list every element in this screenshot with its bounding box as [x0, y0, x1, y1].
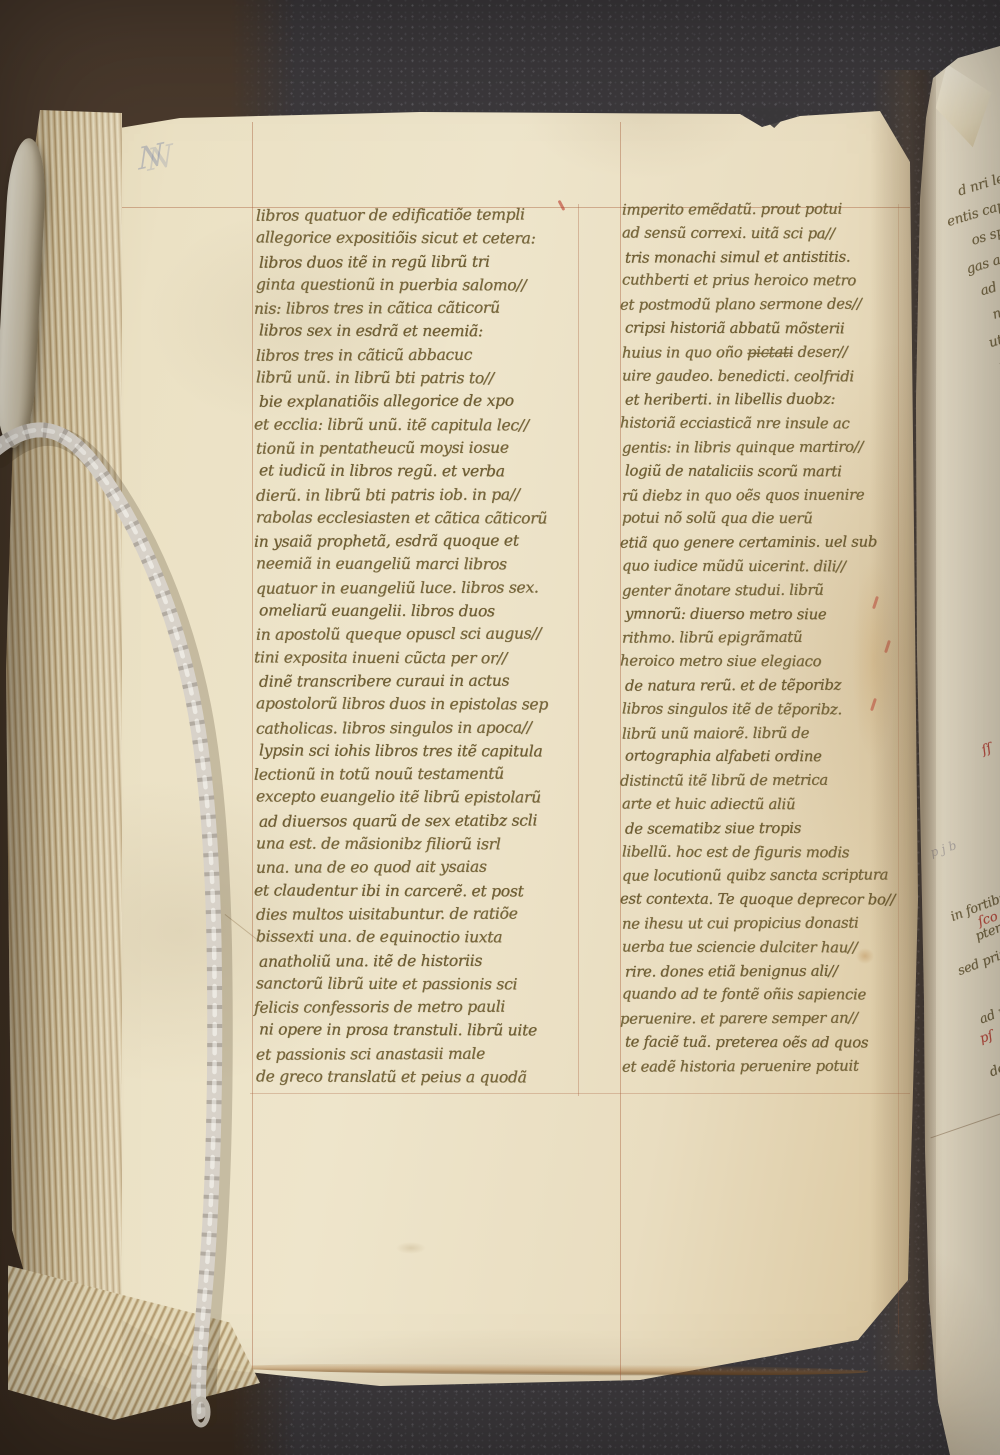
- manuscript-line: cripsi historiã abbatũ mõsterii: [625, 316, 904, 341]
- manuscript-line: gentis: in libris quinque martiro//: [622, 435, 904, 460]
- manuscript-line: libros quatuor de edificatiõe templi: [256, 203, 582, 228]
- manuscript-line: ad diuersos quarũ de sex etatibz scli: [259, 809, 582, 834]
- manuscript-line: in ysaiã prophetã, esdrã quoque et: [254, 529, 582, 554]
- manuscript-line: sanctorũ librũ uite et passionis sci: [256, 972, 582, 996]
- manuscript-line: genter ãnotare studui. librũ: [622, 578, 904, 603]
- manuscript-line: ne ihesu ut cui propicius donasti: [622, 911, 904, 936]
- red-ink-mark: ſſ: [980, 741, 994, 758]
- manuscript-line: excepto euangelio itẽ librũ epistolarũ: [256, 786, 582, 810]
- manuscript-line: in apostolũ queque opuscl sci augus//: [256, 623, 582, 648]
- manuscript-line: allegorice expositiõis sicut et cetera:: [256, 227, 582, 251]
- manuscript-line: est contexta. Te quoque deprecor bo//: [620, 888, 904, 913]
- manuscript-line: tionũ in pentatheucũ moysi iosue: [256, 436, 582, 461]
- manuscript-line: uerba tue sciencie dulciter hau//: [622, 935, 904, 960]
- manuscript-line: lypsin sci iohis libros tres itẽ capitul…: [259, 739, 582, 763]
- manuscript-line: bie explanatiõis allegorice de xpo: [259, 390, 582, 415]
- manuscript-line: rithmo. librũ epigrãmatũ: [622, 626, 904, 651]
- manuscript-line: dies multos uisitabuntur. de ratiõe: [256, 902, 582, 927]
- manuscript-line: logiũ de nataliciis scorũ marti: [625, 459, 904, 484]
- manuscript-line: peruenire. et parere semper an//: [620, 1006, 904, 1031]
- manuscript-line: et heriberti. in libellis duobz:: [625, 388, 904, 413]
- ruling-line-bottom: [250, 1093, 910, 1094]
- manuscript-line: libellũ. hoc est de figuris modis: [622, 840, 904, 865]
- manuscript-line: neemiã in euangeliũ marci libros: [256, 553, 582, 577]
- manuscript-line: una est. de mãsionibz filiorũ isrl: [256, 832, 582, 856]
- manuscript-line: arte et huic adiectũ aliũ: [622, 792, 904, 817]
- manuscript-line: libros singulos itẽ de tẽporibz.: [622, 697, 904, 722]
- manuscript-line: felicis confessoris de metro pauli: [254, 995, 582, 1020]
- manuscript-line: imperito emẽdatũ. prout potui: [622, 197, 904, 222]
- manuscript-line: ortographia alfabeti ordine: [625, 745, 904, 770]
- torn-corner-flap: [932, 63, 994, 148]
- manuscript-line: quo iudice mũdũ uicerint. dili//: [622, 554, 904, 579]
- manuscript-line: uire gaudeo. benedicti. ceolfridi: [622, 364, 904, 389]
- manuscript-line: dinẽ transcribere curaui in actus: [259, 669, 582, 694]
- manuscript-line: quando ad te fontẽ oñis sapiencie: [622, 983, 904, 1008]
- facing-page-ruling-line: [930, 1107, 1000, 1139]
- manuscript-line: catholicas. libros singulos in apoca//: [256, 716, 582, 741]
- manuscript-line: tini exposita inueni cũcta per or//: [254, 646, 582, 670]
- manuscript-line: de natura rerũ. et de tẽporibz: [625, 673, 904, 698]
- manuscript-line: et ecclia: librũ unũ. itẽ capitula lec//: [254, 413, 582, 437]
- manuscript-line: libros duos itẽ in regũ librũ tri: [259, 250, 582, 275]
- manuscript-line: omeliarũ euangelii. libros duos: [259, 599, 582, 623]
- manuscript-line: nis: libros tres in cãtica cãticorũ: [254, 296, 582, 321]
- manuscript-line: te faciẽ tuã. preterea oẽs ad quos: [625, 1030, 904, 1055]
- manuscript-line: cuthberti et prius heroico metro: [622, 269, 904, 294]
- manuscript-line: de scematibz siue tropis: [625, 816, 904, 841]
- manuscript-line: una. una de eo quod ait ysaias: [256, 856, 582, 881]
- pencil-inscription: N: [138, 137, 163, 178]
- manuscript-line: de greco translatũ et peius a quodã: [256, 1065, 582, 1089]
- manuscript-line: huius in quo oño p̶i̶c̶t̶a̶t̶i̶ deser//: [622, 340, 904, 365]
- manuscript-photo: d nri legentes oentis capituli pstmos sp…: [0, 0, 1000, 1455]
- manuscript-line: anatholiũ una. itẽ de historiis: [259, 949, 582, 974]
- manuscript-line: ginta questionũ in puerbia salomo//: [256, 273, 582, 297]
- manuscript-line: libros tres in cãticũ abbacuc: [256, 343, 582, 368]
- gutter-shadow: [870, 70, 936, 1370]
- manuscript-line: rabolas ecclesiasten et cãtica cãticorũ: [256, 506, 582, 530]
- manuscript-line: heroico metro siue elegiaco: [620, 650, 904, 675]
- parchment-stain: [396, 1242, 426, 1254]
- manuscript-line: librũ unũ. in librũ bti patris to//: [256, 367, 582, 391]
- manuscript-line: rũ diebz in quo oẽs quos inuenire: [622, 483, 904, 508]
- manuscript-line: que locutionũ quibz sancta scriptura: [622, 864, 904, 889]
- manuscript-line: etiã quo genere certaminis. uel sub: [620, 531, 904, 556]
- manuscript-line: libros sex in esdrã et neemiã:: [259, 320, 582, 344]
- manuscript-line: ad sensũ correxi. uitã sci pa//: [622, 221, 904, 246]
- manuscript-line: ni opere in prosa transtuli. librũ uite: [259, 1019, 582, 1043]
- manuscript-line: lectionũ in totũ nouũ testamentũ: [254, 762, 582, 787]
- manuscript-line: bissexti una. de equinoctio iuxta: [256, 926, 582, 950]
- manuscript-line: historiã ecciasticã nre insule ac: [620, 412, 904, 437]
- manuscript-line: ymnorũ: diuerso metro siue: [625, 602, 904, 627]
- manuscript-line: apostolorũ libros duos in epistolas sep: [256, 693, 582, 717]
- manuscript-line: et postmodũ plano sermone des//: [620, 293, 904, 318]
- left-text-column: libros quatuor de edificatiõe templialle…: [256, 204, 582, 1089]
- right-text-column: imperito emẽdatũ. prout potuiad sensũ co…: [622, 198, 904, 1078]
- manuscript-line: librũ unũ maiorẽ. librũ de: [622, 721, 904, 746]
- manuscript-line: distinctũ itẽ librũ de metrica: [620, 769, 904, 794]
- manuscript-line: quatuor in euangeliũ luce. libros sex.: [256, 576, 582, 601]
- manuscript-line: et passionis sci anastasii male: [256, 1042, 582, 1067]
- manuscript-line: et claudentur ibi in carcerẽ. et post: [254, 879, 582, 903]
- manuscript-line: rire. dones etiã benignus ali//: [625, 959, 904, 984]
- manuscript-line: et eadẽ historia peruenire potuit: [622, 1054, 904, 1079]
- manuscript-line: dierũ. in librũ bti patris iob. in pa//: [256, 483, 582, 508]
- manuscript-line: tris monachi simul et antistitis.: [625, 245, 904, 270]
- ruling-line-left: [252, 122, 253, 1380]
- manuscript-line: et iudicũ in libros regũ. et verba: [259, 460, 582, 484]
- manuscript-line: potui nõ solũ qua die uerũ: [622, 507, 904, 532]
